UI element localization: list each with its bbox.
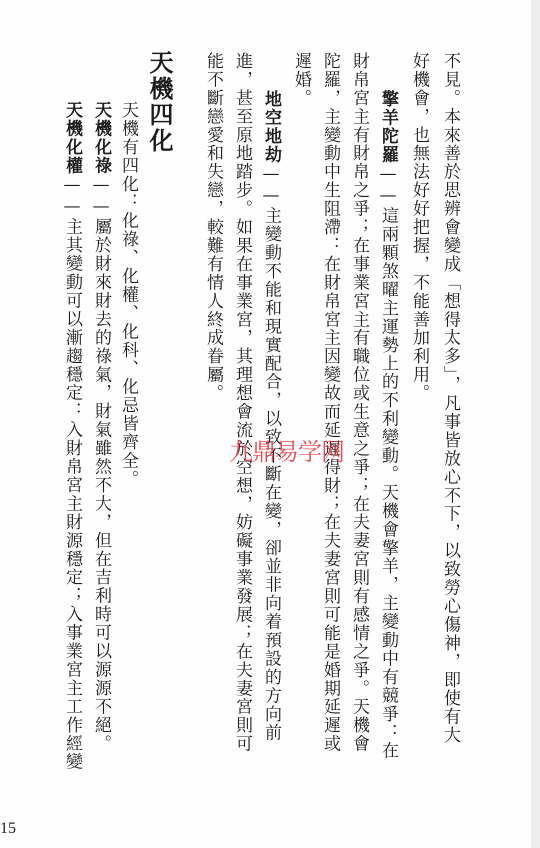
section-column-2: 天機化祿——屬於財來財去的祿氣，財氣雖然不大，但在吉利時可以源源不絕。 <box>90 101 112 753</box>
text-column-8: 進，甚至原地踏步。如果在事業宮，其理想會流於空想，妨礙事業發展；在夫妻宮則可 <box>231 52 253 753</box>
column-text: 陀羅，主變動中生阻滯：在財帛宮主因變故而延遲得財；在夫妻宮則可能是婚期延遲或 <box>320 52 340 753</box>
column-text: ——主其變動可以漸趨穩定：入財帛宮主財源穩定；入事業宮主工作經變 <box>62 175 82 771</box>
watermark: 九鼎易学网 <box>229 432 344 467</box>
page-edge <box>531 0 540 848</box>
term-label: 天機化祿 <box>91 101 111 175</box>
book-page: 不見。本來善於思辨會變成「想得太多」，凡事皆放心不下，以致勞心傷神，即使有大 好… <box>0 0 531 848</box>
section-heading: 天機四化 <box>145 50 173 154</box>
column-text: ——屬於財來財去的祿氣，財氣雖然不大，但在吉利時可以源源不絕。 <box>91 175 111 753</box>
section-column-3: 天機化權——主其變動可以漸趨穩定：入財帛宮主財源穩定；入事業宮主工作經變 <box>61 101 83 771</box>
text-column-4: 財帛宮主有財帛之爭；在事業宮主有職位或生意之爭；在夫妻宮則有感情之爭。天機會 <box>348 52 370 753</box>
column-text: 不見。本來善於思辨會變成「想得太多」，凡事皆放心不下，以致勞心傷神，即使有大 <box>440 52 460 745</box>
column-text: 遲婚。 <box>291 52 311 107</box>
column-text: ——這兩顆煞曜主運勢上的不利變動。天機會擎羊，主變動中有競爭：在 <box>378 164 398 760</box>
text-column-5: 陀羅，主變動中生阻滯：在財帛宮主因變故而延遲得財；在夫妻宮則可能是婚期延遲或 <box>319 52 341 753</box>
column-text: 進，甚至原地踏步。如果在事業宮，其理想會流於空想，妨礙事業發展；在夫妻宮則可 <box>232 52 252 753</box>
page-number: 15 <box>0 820 16 838</box>
term-label: 地空地劫 <box>261 90 281 164</box>
column-text: 財帛宮主有財帛之爭；在事業宮主有職位或生意之爭；在夫妻宮則有感情之爭。天機會 <box>349 52 369 753</box>
text-column-1: 不見。本來善於思辨會變成「想得太多」，凡事皆放心不下，以致勞心傷神，即使有大 <box>439 52 461 745</box>
text-column-6: 遲婚。 <box>290 52 312 107</box>
term-label: 擎羊陀羅 <box>378 90 398 164</box>
column-text: 天機有四化：化祿、化權、化科、化忌皆齊全。 <box>118 101 138 488</box>
section-column-1: 天機有四化：化祿、化權、化科、化忌皆齊全。 <box>117 101 139 488</box>
term-label: 天機化權 <box>62 101 82 175</box>
text-column-2: 好機會，也無法好好把握，不能善加利用。 <box>408 52 430 403</box>
text-column-3: 擎羊陀羅——這兩顆煞曜主運勢上的不利變動。天機會擎羊，主變動中有競爭：在 <box>377 90 399 760</box>
column-text: 能不斷戀愛和失戀，較難有情人終成眷屬。 <box>203 52 223 403</box>
text-column-9: 能不斷戀愛和失戀，較難有情人終成眷屬。 <box>202 52 224 403</box>
text-column-7: 地空地劫——主變動不能和現實配合，以致不斷在變，卻並非向着預設的方向前 <box>260 90 282 742</box>
column-text: 好機會，也無法好好把握，不能善加利用。 <box>409 52 429 403</box>
